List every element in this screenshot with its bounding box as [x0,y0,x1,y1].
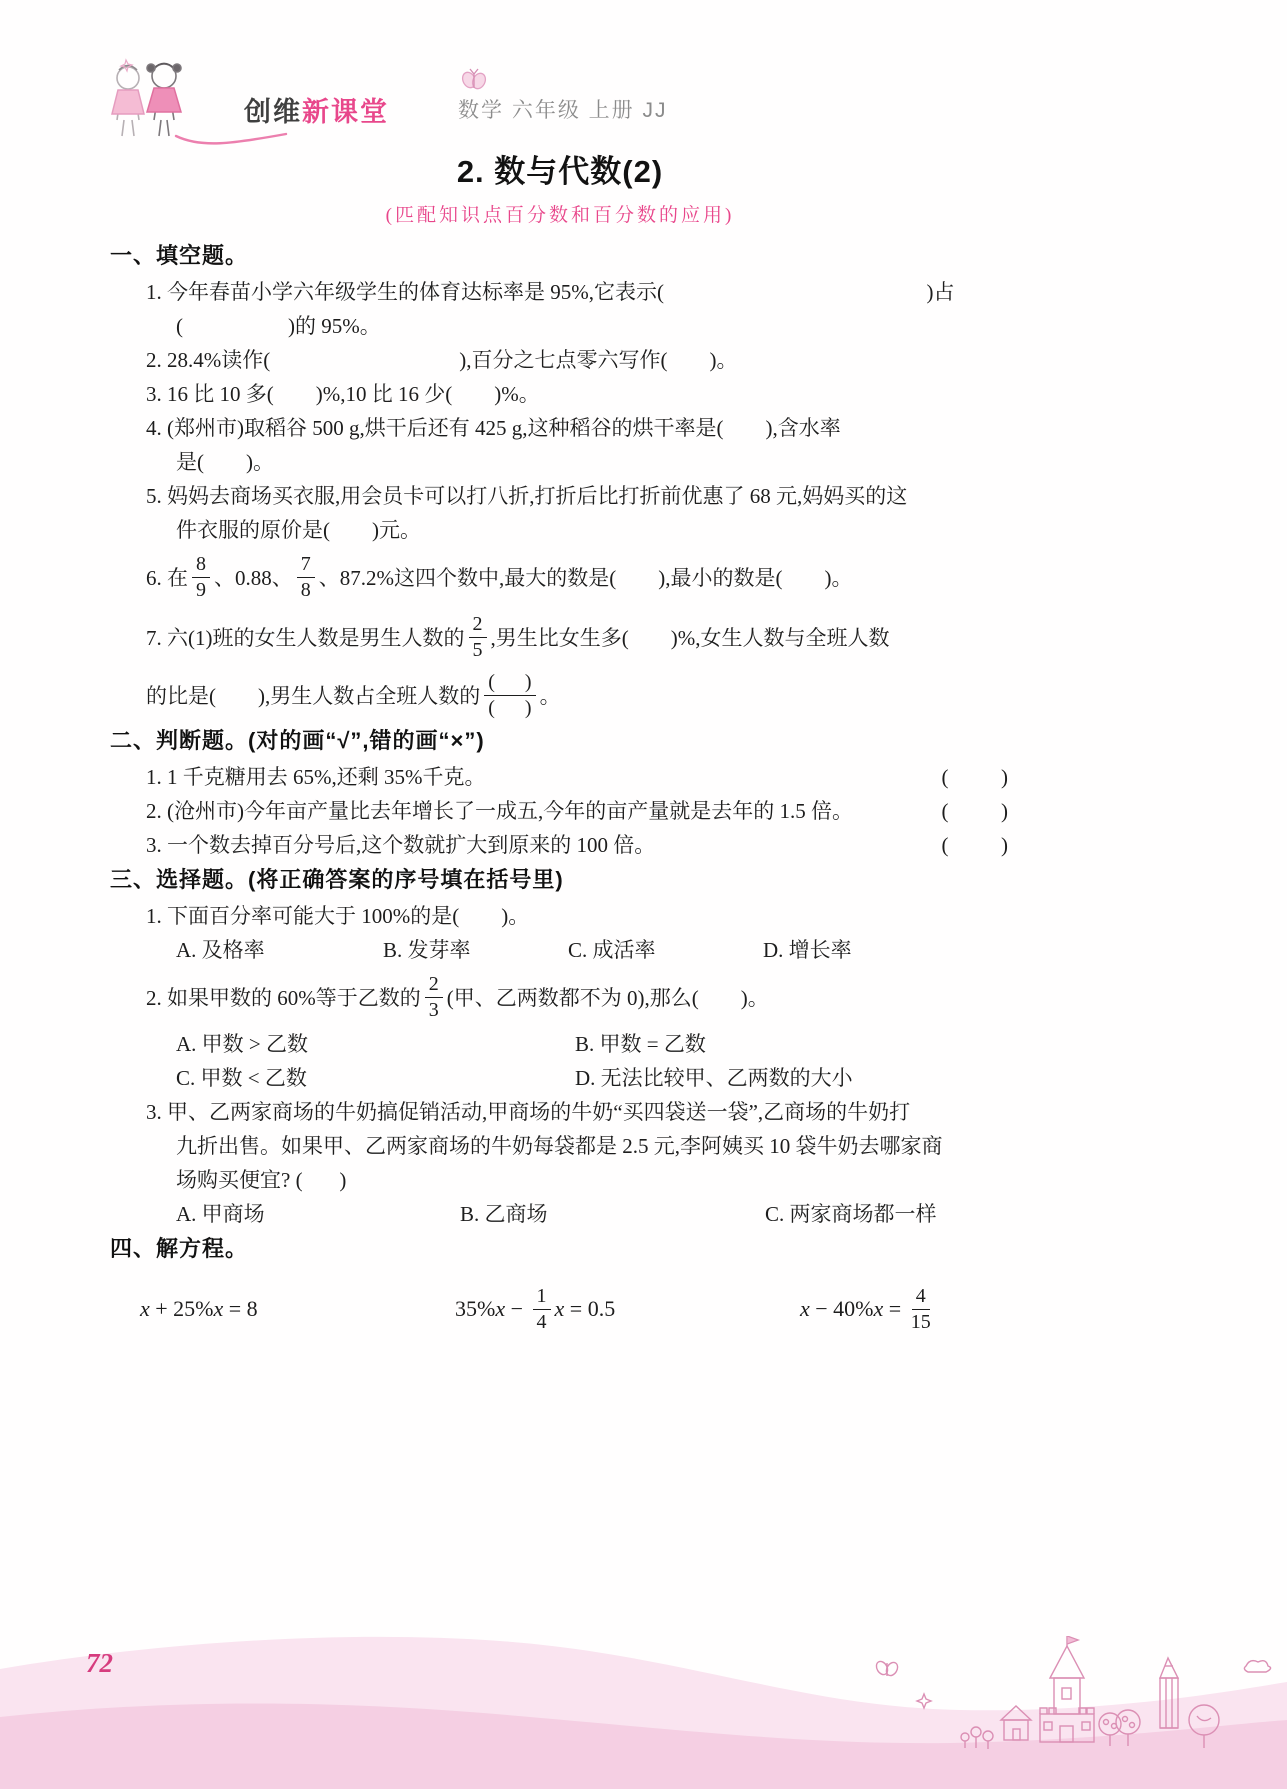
tree-icon [1099,1710,1140,1746]
fraction: 14 [533,1285,551,1334]
option-item: B. 发芽率 [383,933,568,967]
page-subtitle: (匹配知识点百分数和百分数的应用) [110,200,1010,227]
worksheet-page: 创维新课堂 数学 六年级 上册 JJ 2. 数与代数(2) (匹配知识点百分数和… [0,0,1287,1789]
fill-q3: 3. 16 比 10 多( )%,10 比 16 少( )%。 [110,377,1078,411]
butterfly-icon [874,1659,900,1677]
equation-3: x − 40%x = 415 [800,1268,935,1350]
option-item: A. 及格率 [176,933,383,967]
sparkle-icon [917,1694,931,1708]
fraction: 8 9 [192,553,210,602]
option-item: A. 甲数 > 乙数 [176,1027,575,1061]
flower-icon [961,1727,993,1749]
brand-name-highlight: 新课堂 [302,97,389,127]
title-block: 2. 数与代数(2) (匹配知识点百分数和百分数的应用) [110,146,1010,227]
choice-q2-options-row2: C. 甲数 < 乙数 D. 无法比较甲、乙两数的大小 [110,1061,1078,1095]
page-number: 72 [86,1648,113,1679]
choice-q3-line2: 九折出售。如果甲、乙两家商场的牛奶每袋都是 2.5 元,李阿姨买 10 袋牛奶去… [110,1129,1078,1163]
fill-q7-line1: 7. 六(1)班的女生人数是男生人数的 2 5 ,男生比女生多( )%,女生人数… [110,607,1078,667]
answer-parentheses: ( ) [942,760,1009,794]
tree-icon [1189,1705,1219,1748]
castle-flag [1067,1636,1078,1646]
fill-q1-line1: 1. 今年春苗小学六年级学生的体育达标率是 95%,它表示( )占 [110,275,1078,309]
pencil-icon [1160,1658,1178,1728]
choice-q1-options: A. 及格率 B. 发芽率 C. 成活率 D. 增长率 [110,933,1078,967]
choice-q3-line3: 场购买便宜? ( ) [110,1163,1078,1197]
page-header: 创维新课堂 数学 六年级 上册 JJ [106,56,806,148]
fill-q4-line1: 4. (郑州市)取稻谷 500 g,烘干后还有 425 g,这种稻谷的烘干率是(… [110,411,1078,445]
option-item: B. 甲数 = 乙数 [575,1027,1078,1061]
fraction: 2 5 [469,613,487,662]
equations-row: x + 25%x = 8 35%x − 14x = 0.5 x − 40%x =… [110,1268,1078,1350]
judge-q3: 3. 一个数去掉百分号后,这个数就扩大到原来的 100 倍。 ( ) [110,828,1008,862]
option-item: C. 成活率 [568,933,763,967]
option-item: C. 两家商场都一样 [765,1197,1078,1231]
choice-q1: 1. 下面百分率可能大于 100%的是( )。 [110,899,1078,933]
choice-q3-line1: 3. 甲、乙两家商场的牛奶搞促销活动,甲商场的牛奶“买四袋送一袋”,乙商场的牛奶… [110,1095,1078,1129]
option-item: D. 增长率 [763,933,1078,967]
fill-q5-line2: 件衣服的原价是( )元。 [110,513,1078,547]
butterfly-icon [460,68,488,94]
fraction: 415 [911,1285,931,1334]
cloud-icon [1244,1661,1270,1672]
blank-fraction: ( ) ( ) [484,671,535,720]
page-title: 2. 数与代数(2) [110,146,1010,191]
choice-q3-options: A. 甲商场 B. 乙商场 C. 两家商场都一样 [110,1197,1078,1231]
section-choice-heading: 三、选择题。(将正确答案的序号填在括号里) [110,865,1078,895]
brand-name: 创维 [244,97,302,127]
section-equations-heading: 四、解方程。 [110,1234,1078,1264]
option-item: D. 无法比较甲、乙两数的大小 [575,1061,1078,1095]
section-fill-in-heading: 一、填空题。 [110,241,1078,271]
edition-info: 数学 六年级 上册 JJ [458,94,668,124]
answer-parentheses: ( ) [942,828,1009,862]
worksheet-content: 一、填空题。 1. 今年春苗小学六年级学生的体育达标率是 95%,它表示( )占… [110,238,1078,1350]
fill-q2: 2. 28.4%读作( ),百分之七点零六写作( )。 [110,343,1078,377]
house-icon [1001,1706,1031,1740]
option-item: C. 甲数 < 乙数 [176,1061,575,1095]
answer-parentheses: ( ) [942,794,1009,828]
option-item: B. 乙商场 [460,1197,765,1231]
choice-q2: 2. 如果甲数的 60%等于乙数的 2 3 (甲、乙两数都不为 0),那么( )… [110,967,1078,1027]
castle-icon [1040,1636,1094,1742]
option-item: A. 甲商场 [176,1197,460,1231]
fill-q5-line1: 5. 妈妈去商场买衣服,用会员卡可以打八折,打折后比打折前优惠了 68 元,妈妈… [110,479,1078,513]
equation-1: x + 25%x = 8 [140,1268,258,1350]
judge-q1: 1. 1 千克糖用去 65%,还剩 35%千克。 ( ) [110,760,1008,794]
fill-q1-line2: ( )的 95%。 [110,309,1078,343]
judge-q2: 2. (沧州市)今年亩产量比去年增长了一成五,今年的亩产量就是去年的 1.5 倍… [110,794,1008,828]
brand-title: 创维新课堂 [244,90,389,129]
equation-2: 35%x − 14x = 0.5 [455,1268,615,1350]
fraction: 7 8 [297,553,315,602]
choice-q2-options-row1: A. 甲数 > 乙数 B. 甲数 = 乙数 [110,1027,1078,1061]
fill-q4-line2: 是( )。 [110,445,1078,479]
fill-q6: 6. 在 8 9 、0.88、 7 8 、87.2%这四个数中,最大的数是( )… [110,547,1078,607]
fill-q7-line2: 的比是( ),男生人数占全班人数的 ( ) ( ) 。 [110,667,1078,723]
section-judge-heading: 二、判断题。(对的画“√”,错的画“×”) [110,726,1078,756]
footer-castle-illustration [848,1636,1278,1754]
fraction: 2 3 [425,973,443,1022]
